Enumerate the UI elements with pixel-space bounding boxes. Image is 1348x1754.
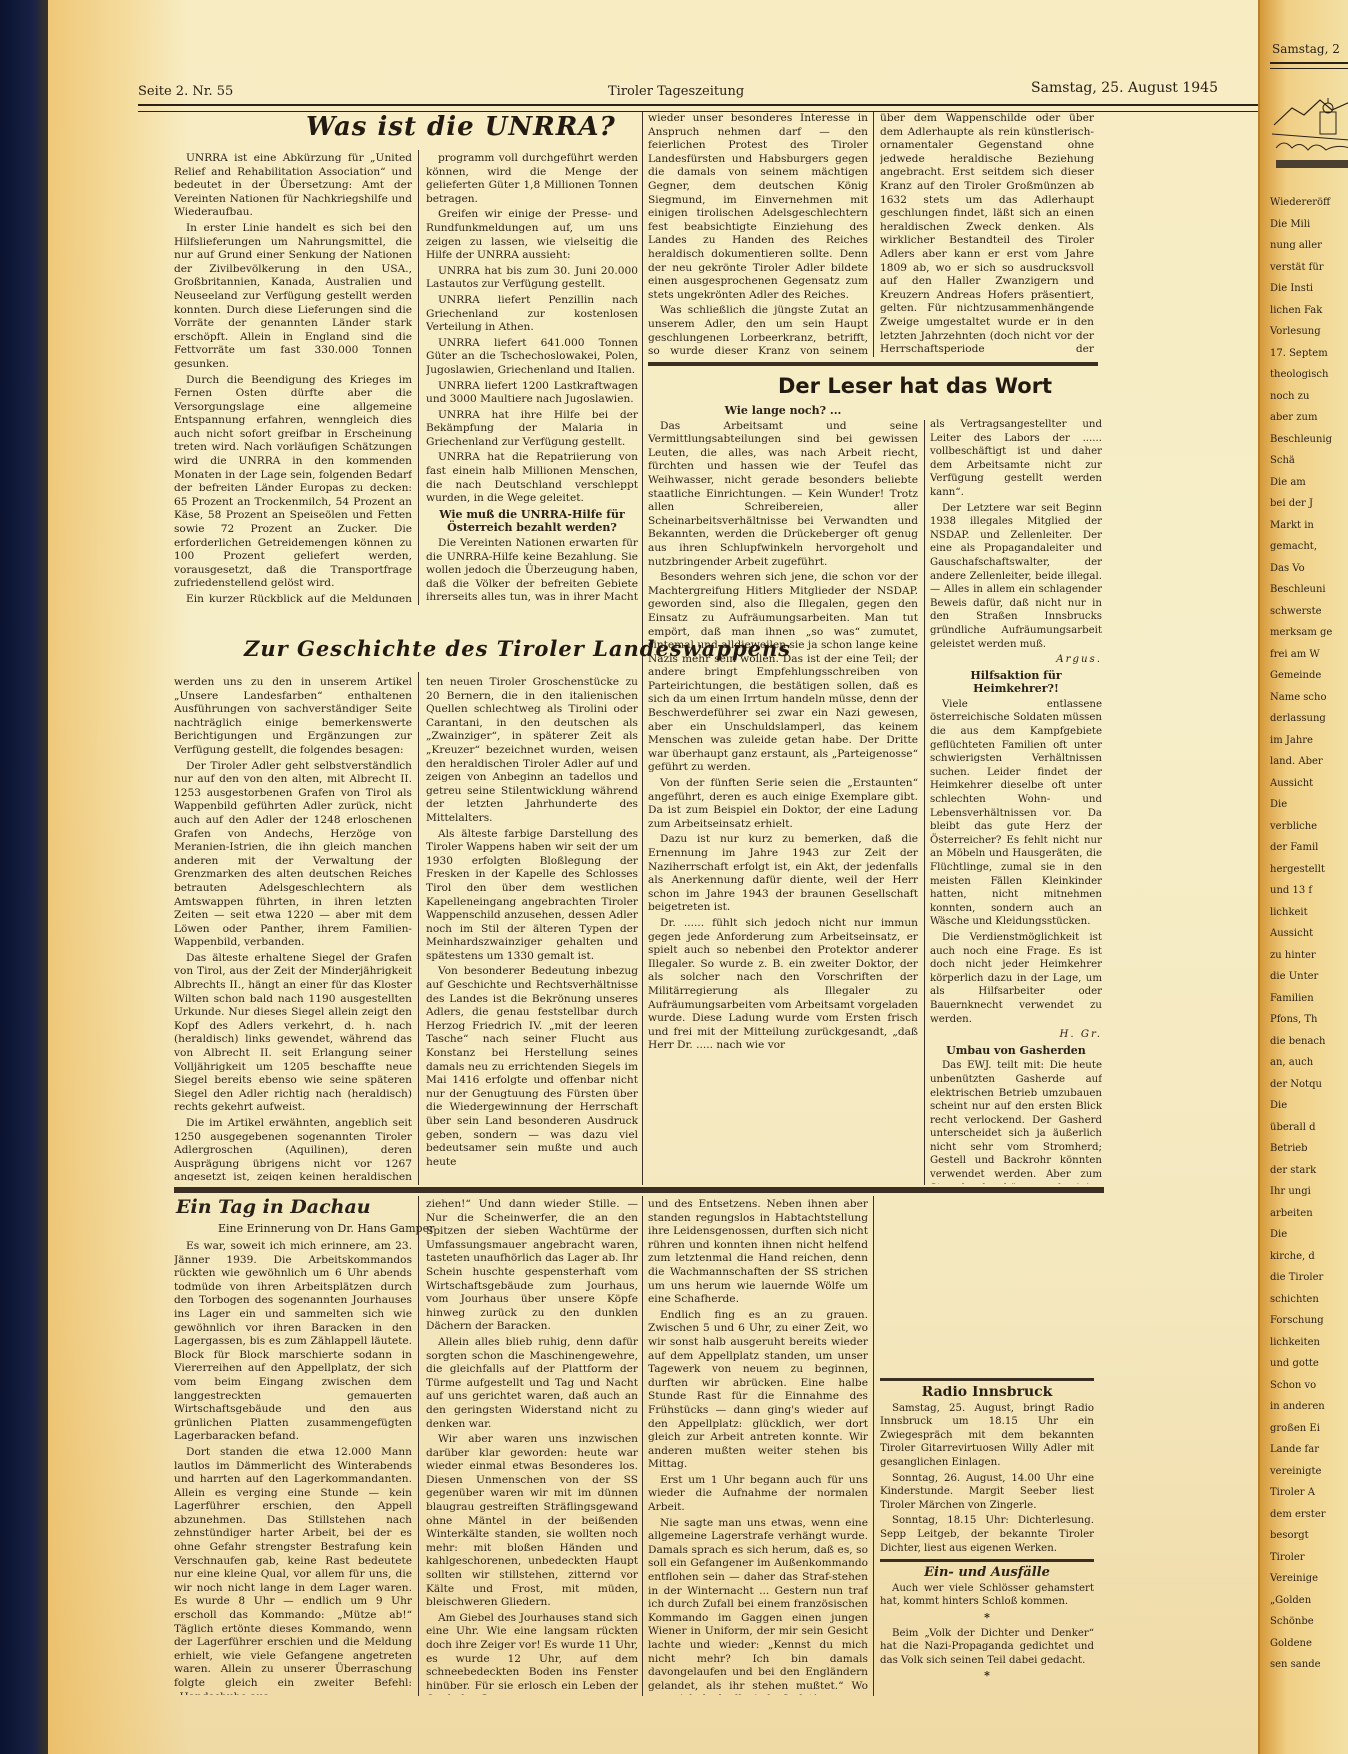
adjacent-page-line: Aussicht bbox=[1270, 777, 1313, 791]
adjacent-page-line: Die bbox=[1270, 1099, 1287, 1113]
adjacent-page-line: Pfons, Th bbox=[1270, 1013, 1318, 1027]
adjacent-page-line: merksam ge bbox=[1270, 626, 1332, 640]
unrra-column-2: programm voll durchgeführt werden können… bbox=[426, 152, 638, 602]
adjacent-page-line: kirche, d bbox=[1270, 1250, 1315, 1264]
adjacent-page-line: land. Aber bbox=[1270, 755, 1323, 769]
adjacent-page-line: schwerste bbox=[1270, 605, 1322, 619]
wappen-column-1: werden uns zu den in unserem Artikel „Un… bbox=[174, 676, 412, 1181]
adjacent-page-line: aber zum bbox=[1270, 411, 1317, 425]
adjacent-page-line: Vorlesung bbox=[1270, 325, 1321, 339]
leser-subheading-3: Umbau von Gasherden bbox=[930, 1044, 1102, 1058]
adjacent-page-line: nung aller bbox=[1270, 239, 1322, 253]
wappen-headline: Zur Geschichte des Tiroler Landeswappens bbox=[244, 636, 791, 661]
unrra-headline: Was ist die UNRRA? bbox=[306, 112, 616, 142]
section-rule bbox=[880, 1378, 1094, 1381]
adjacent-page-line: Die Insti bbox=[1270, 282, 1313, 296]
adjacent-page-line: dem erster bbox=[1270, 1508, 1326, 1522]
adjacent-page-line: Beschleunig bbox=[1270, 433, 1332, 447]
adjacent-page-line: Die bbox=[1270, 1228, 1287, 1242]
column-rule bbox=[924, 420, 925, 1185]
adjacent-page-line: an, auch bbox=[1270, 1056, 1313, 1070]
adjacent-page-line: Betrieb bbox=[1270, 1142, 1308, 1156]
wappen-column-2: ten neuen Tiroler Groschenstücke zu 20 B… bbox=[426, 676, 638, 1181]
adjacent-page-date: Samstag, 2 bbox=[1272, 42, 1340, 56]
adjacent-page-line: die benach bbox=[1270, 1035, 1325, 1049]
adjacent-page-line: der Notqu bbox=[1270, 1078, 1322, 1092]
adjacent-page-line: Tiroler A bbox=[1270, 1486, 1315, 1500]
adjacent-page-line: 17. Septem bbox=[1270, 347, 1328, 361]
leser-subheading-1: Wie lange noch? ... bbox=[648, 404, 918, 418]
column-rule bbox=[642, 112, 643, 367]
newspaper-page: Seite 2. Nr. 55 Tiroler Tageszeitung Sam… bbox=[48, 0, 1288, 1754]
adjacent-page-line: bei der J bbox=[1270, 497, 1313, 511]
adjacent-page-line: arbeiten bbox=[1270, 1207, 1313, 1221]
adjacent-page-line: Lande far bbox=[1270, 1443, 1319, 1457]
adjacent-page-line: sen sande bbox=[1270, 1658, 1321, 1672]
adjacent-page-rule bbox=[1270, 62, 1348, 69]
masthead: Seite 2. Nr. 55 Tiroler Tageszeitung Sam… bbox=[138, 80, 1218, 104]
adjacent-page-line: Forschung bbox=[1270, 1314, 1324, 1328]
adjacent-page-line: lichkeiten bbox=[1270, 1336, 1320, 1350]
column-rule bbox=[418, 1196, 419, 1696]
adjacent-page-line: im Jahre bbox=[1270, 734, 1313, 748]
adjacent-page-line: Gemeinde bbox=[1270, 669, 1321, 683]
adjacent-page-line: zu hinter bbox=[1270, 949, 1316, 963]
paper-title: Tiroler Tageszeitung bbox=[608, 84, 744, 99]
dachau-column-1: Es war, soweit ich mich erinnere, am 23.… bbox=[174, 1240, 412, 1695]
adjacent-page-line: und gotte bbox=[1270, 1357, 1319, 1371]
wappen-continuation-column-2: über dem Wappenschilde oder über dem Adl… bbox=[880, 112, 1094, 357]
dachau-byline: Eine Erinnerung von Dr. Hans Gamper bbox=[218, 1222, 434, 1235]
radio-headline: Radio Innsbruck bbox=[880, 1386, 1094, 1400]
adjacent-page-line: „Golden bbox=[1270, 1594, 1311, 1608]
adjacent-page-line: die Tiroler bbox=[1270, 1271, 1323, 1285]
dachau-column-3: und des Entsetzens. Neben ihnen aber sta… bbox=[648, 1198, 868, 1695]
adjacent-page-line: Schönbe bbox=[1270, 1615, 1314, 1629]
book-binding bbox=[0, 0, 48, 1754]
wappen-continuation-column-1: wieder unser besonderes Interesse in Ans… bbox=[648, 112, 868, 357]
adjacent-page-line: und 13 f bbox=[1270, 884, 1312, 898]
adjacent-page-line: Tiroler bbox=[1270, 1551, 1305, 1565]
adjacent-page-line: lichkeit bbox=[1270, 906, 1308, 920]
masthead-rule bbox=[138, 104, 1258, 112]
column-rule bbox=[642, 367, 643, 1185]
section-rule bbox=[174, 1187, 1104, 1193]
section-rule bbox=[880, 1559, 1094, 1562]
dachau-column-2: ziehen!“ Und dann wieder Stille. — Nur d… bbox=[426, 1198, 638, 1695]
leser-column-2: als Vertragsangestellter und Leiter des … bbox=[930, 418, 1102, 1184]
adjacent-page-line: Familien bbox=[1270, 992, 1314, 1006]
town-illustration-icon bbox=[1272, 70, 1348, 170]
adjacent-page-line: Beschleuni bbox=[1270, 583, 1326, 597]
issue-date: Samstag, 25. August 1945 bbox=[1031, 80, 1218, 96]
leser-column-1: Wie lange noch? ... Das Arbeitsamt und s… bbox=[648, 404, 918, 1184]
adjacent-page-line: lichen Fak bbox=[1270, 304, 1322, 318]
column-rule bbox=[873, 1196, 874, 1696]
adjacent-page-line: großen Ei bbox=[1270, 1422, 1320, 1436]
adjacent-page-line: Die bbox=[1270, 798, 1287, 812]
adjacent-page-line: frei am W bbox=[1270, 648, 1320, 662]
adjacent-page-line: noch zu bbox=[1270, 390, 1309, 404]
adjacent-page-line: besorgt bbox=[1270, 1529, 1309, 1543]
adjacent-page-line: Die Mili bbox=[1270, 218, 1310, 232]
adjacent-page-line: überall d bbox=[1270, 1121, 1315, 1135]
column-rule bbox=[642, 1196, 643, 1696]
adjacent-page-line: verbliche bbox=[1270, 820, 1317, 834]
adjacent-page-line: Das Vo bbox=[1270, 562, 1305, 576]
leser-headline: Der Leser hat das Wort bbox=[778, 374, 1052, 398]
leser-subheading-2: Hilfsaktion für Heimkehrer?! bbox=[930, 669, 1102, 696]
adjacent-page-line: Ihr ungi bbox=[1270, 1185, 1311, 1199]
adjacent-page: Samstag, 2 WiedereröffDie Milinung aller… bbox=[1258, 0, 1348, 1754]
dachau-headline: Ein Tag in Dachau bbox=[176, 1196, 371, 1218]
ausfaelle-headline: Ein- und Ausfälle bbox=[880, 1566, 1094, 1580]
adjacent-page-line: Die am bbox=[1270, 476, 1306, 490]
column-rule bbox=[418, 150, 419, 605]
adjacent-page-line: gemacht, bbox=[1270, 540, 1317, 554]
adjacent-page-line: Wiedereröff bbox=[1270, 196, 1330, 210]
adjacent-page-line: der stark bbox=[1270, 1164, 1316, 1178]
adjacent-page-line: in anderen bbox=[1270, 1400, 1325, 1414]
adjacent-page-line: hergestellt bbox=[1270, 863, 1325, 877]
radio-section: Radio Innsbruck Samstag, 25. August, bri… bbox=[880, 1386, 1094, 1686]
section-rule bbox=[648, 362, 1098, 366]
column-rule bbox=[418, 672, 419, 1185]
adjacent-page-line: Vereinige bbox=[1270, 1572, 1318, 1586]
adjacent-page-line: schichten bbox=[1270, 1293, 1319, 1307]
adjacent-page-line: Name scho bbox=[1270, 691, 1326, 705]
unrra-subheading: Wie muß die UNRRA-Hilfe für Österreich b… bbox=[426, 508, 638, 535]
adjacent-page-line: Schon vo bbox=[1270, 1379, 1316, 1393]
adjacent-page-line: Goldene bbox=[1270, 1637, 1312, 1651]
adjacent-page-line: der Famil bbox=[1270, 841, 1318, 855]
adjacent-page-line: verstät für bbox=[1270, 261, 1324, 275]
unrra-column-1: UNRRA ist eine Abkürzung für „United Rel… bbox=[174, 152, 412, 602]
adjacent-page-line: derlassung bbox=[1270, 712, 1326, 726]
adjacent-page-line: theologisch bbox=[1270, 368, 1328, 382]
adjacent-page-line: vereinigte bbox=[1270, 1465, 1321, 1479]
page-number: Seite 2. Nr. 55 bbox=[138, 84, 233, 99]
adjacent-page-line: Schä bbox=[1270, 454, 1295, 468]
adjacent-page-line: Aussicht bbox=[1270, 927, 1313, 941]
adjacent-page-line: die Unter bbox=[1270, 970, 1318, 984]
column-rule bbox=[873, 112, 874, 357]
adjacent-page-line: Markt in bbox=[1270, 519, 1314, 533]
